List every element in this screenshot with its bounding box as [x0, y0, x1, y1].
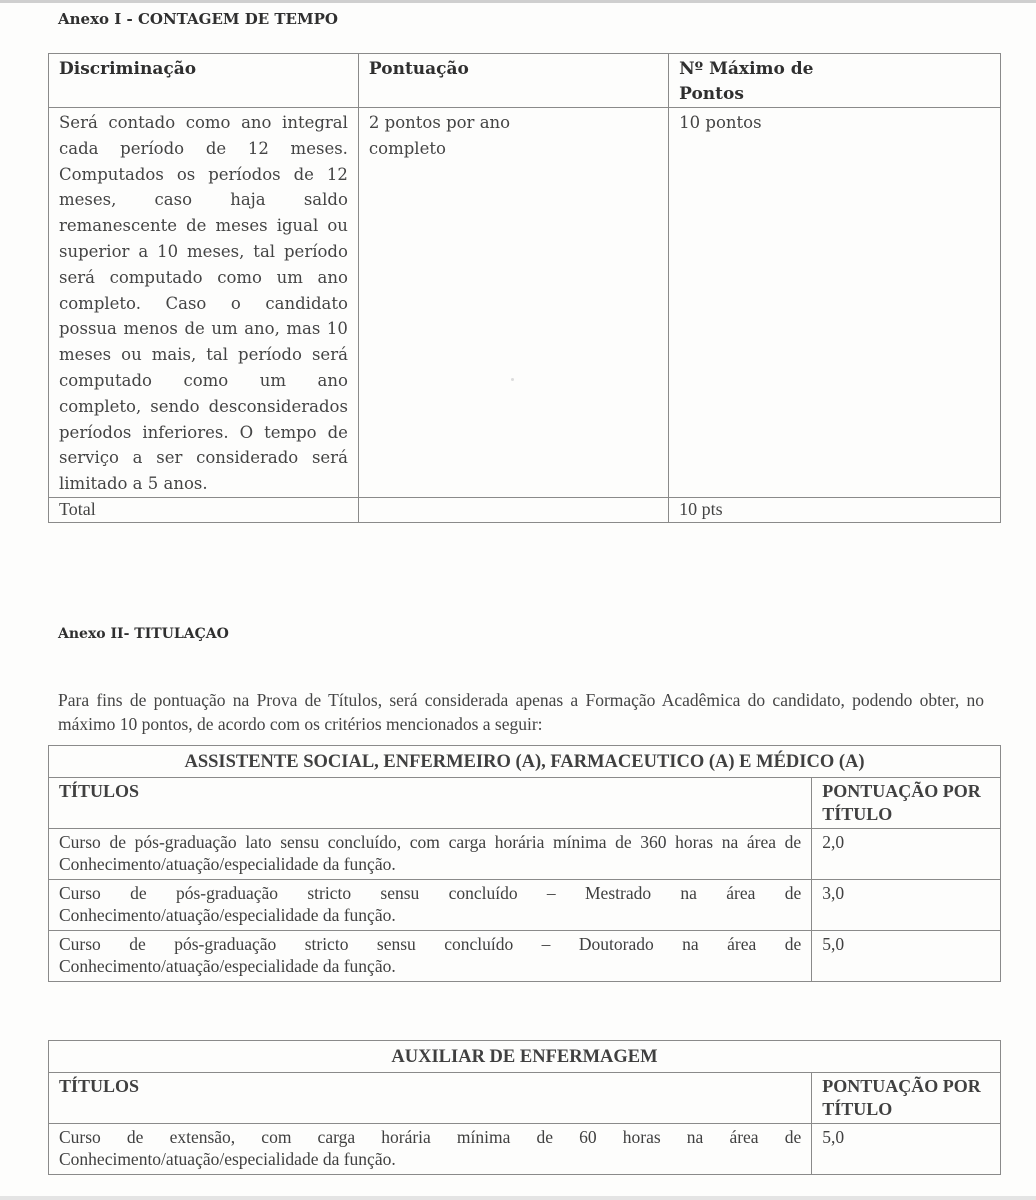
table-row: Curso de pós-graduação stricto sensu con…: [49, 931, 1001, 982]
pontuacao-text: 2 pontos por ano completo: [369, 110, 549, 162]
discriminacao-cell: Será contado como ano integral cada perí…: [49, 108, 359, 498]
titulo-cell: Curso de pós-graduação stricto sensu con…: [49, 880, 812, 931]
table-header-row: Discriminação Pontuação Nº Máximo de Pon…: [49, 54, 1001, 108]
anexo1-heading: Anexo I - CONTAGEM DE TEMPO: [58, 10, 338, 28]
total-maximo: 10 pts: [669, 497, 1001, 522]
table-row: Será contado como ano integral cada perí…: [49, 108, 1001, 498]
titulos-table-auxiliar-enfermagem: AUXILIAR DE ENFERMAGEM TÍTULOS PONTUAÇÃO…: [48, 1040, 1001, 1175]
header-pontuacao-por-titulo: PONTUAÇÃO POR TÍTULO: [812, 1073, 1001, 1124]
pontuacao-cell: 3,0: [812, 880, 1001, 931]
header-pontuacao: Pontuação: [358, 54, 668, 108]
titulos-table-nivel-superior: ASSISTENTE SOCIAL, ENFERMEIRO (A), FARMA…: [48, 745, 1001, 982]
contagem-tempo-table: Discriminação Pontuação Nº Máximo de Pon…: [48, 53, 1001, 523]
table-row: Curso de pós-graduação stricto sensu con…: [49, 880, 1001, 931]
header-titulos: TÍTULOS: [49, 778, 812, 829]
table-header-row: TÍTULOS PONTUAÇÃO POR TÍTULO: [49, 778, 1001, 829]
header-titulos: TÍTULOS: [49, 1073, 812, 1124]
table-caption-row: ASSISTENTE SOCIAL, ENFERMEIRO (A), FARMA…: [49, 746, 1001, 778]
table-row: Curso de pós-graduação lato sensu conclu…: [49, 829, 1001, 880]
total-pontuacao: [358, 497, 668, 522]
maximo-cell: 10 pontos: [669, 108, 1001, 498]
titulo-cell: Curso de extensão, com carga horária mín…: [49, 1124, 812, 1175]
table-header-row: TÍTULOS PONTUAÇÃO POR TÍTULO: [49, 1073, 1001, 1124]
pontuacao-cell: 5,0: [812, 931, 1001, 982]
titulo-cell: Curso de pós-graduação lato sensu conclu…: [49, 829, 812, 880]
anexo2-intro-paragraph: Para fins de pontuação na Prova de Títul…: [58, 688, 984, 736]
table-caption: AUXILIAR DE ENFERMAGEM: [49, 1041, 1001, 1073]
scan-speck: [511, 378, 514, 381]
total-label: Total: [49, 497, 359, 522]
anexo2-heading: Anexo II- TITULAÇAO: [58, 626, 229, 642]
header-discriminacao: Discriminação: [49, 54, 359, 108]
table-caption: ASSISTENTE SOCIAL, ENFERMEIRO (A), FARMA…: [49, 746, 1001, 778]
titulo-cell: Curso de pós-graduação stricto sensu con…: [49, 931, 812, 982]
header-maximo-pontos: Nº Máximo de Pontos: [669, 54, 1001, 108]
header-pontuacao-por-titulo: PONTUAÇÃO POR TÍTULO: [812, 778, 1001, 829]
page-bottom-edge: [0, 1196, 1036, 1200]
table-row: Curso de extensão, com carga horária mín…: [49, 1124, 1001, 1175]
pontuacao-cell: 5,0: [812, 1124, 1001, 1175]
header-maximo-text: Nº Máximo de Pontos: [679, 57, 829, 107]
total-row: Total 10 pts: [49, 497, 1001, 522]
pontuacao-cell: 2 pontos por ano completo: [358, 108, 668, 498]
page-top-edge: [0, 0, 1036, 3]
table-caption-row: AUXILIAR DE ENFERMAGEM: [49, 1041, 1001, 1073]
pontuacao-cell: 2,0: [812, 829, 1001, 880]
